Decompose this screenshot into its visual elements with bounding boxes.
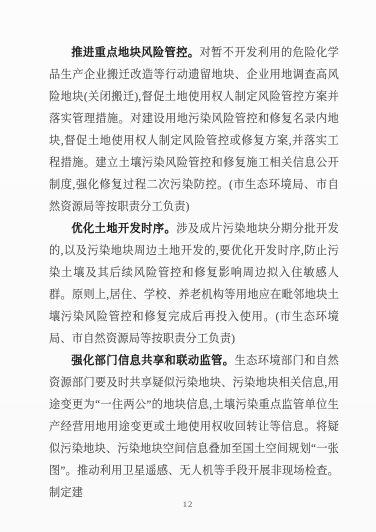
paragraph: 强化部门信息共享和联动监管。生态环境部门和自然资源部门要及时共享疑似污染地块、污…	[49, 350, 339, 504]
paragraph-lead: 强化部门信息共享和联动监管。	[71, 355, 234, 367]
paragraph-body: 涉及成片污染地块分期分批开发的,以及污染地块周边土地开发的,要优化开发时序,防止…	[49, 223, 339, 345]
paragraph: 优化土地开发时序。涉及成片污染地块分期分批开发的,以及污染地块周边土地开发的,要…	[49, 218, 339, 350]
paragraph-lead: 优化土地开发时序。	[71, 223, 176, 235]
page-number: 12	[0, 498, 376, 510]
paragraph-body: 对暂不开发利用的危险化学品生产企业搬迁改造等行动遗留地块、企业用地调查高风险地块…	[49, 47, 339, 213]
paragraph: 推进重点地块风险管控。对暂不开发利用的危险化学品生产企业搬迁改造等行动遗留地块、…	[49, 42, 339, 218]
paragraph-lead: 推进重点地块风险管控。	[71, 47, 199, 59]
paragraph-body: 生态环境部门和自然资源部门要及时共享疑似污染地块、污染地块相关信息,用途变更为“…	[49, 355, 339, 499]
document-page: 推进重点地块风险管控。对暂不开发利用的危险化学品生产企业搬迁改造等行动遗留地块、…	[0, 0, 376, 532]
document-text: 推进重点地块风险管控。对暂不开发利用的危险化学品生产企业搬迁改造等行动遗留地块、…	[49, 42, 339, 504]
